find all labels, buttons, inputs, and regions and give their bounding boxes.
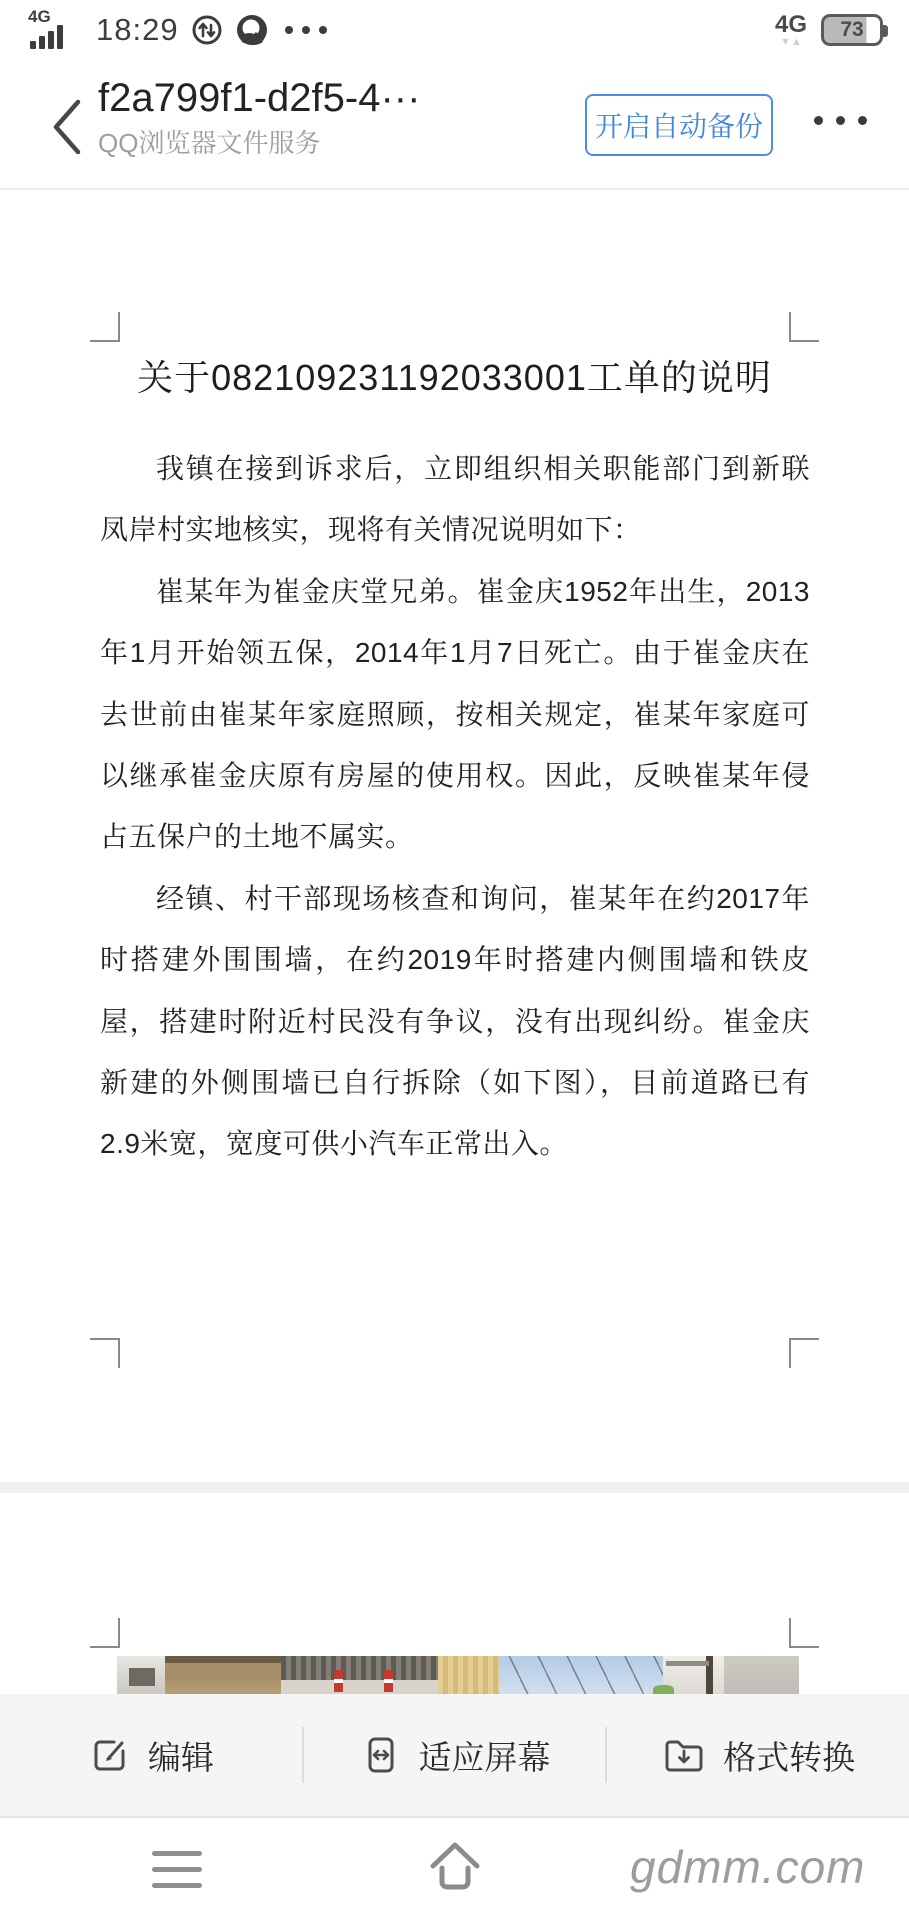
data-sync-icon — [191, 14, 223, 46]
document-title: 关于082109231192033001工单的说明 — [0, 350, 909, 401]
battery-percent: 73 — [840, 18, 863, 42]
doc-paragraph: 崔某年为崔金庆堂兄弟。崔金庆1952年出生，2013年1月开始领五保，2014年… — [100, 561, 810, 868]
document-viewer[interactable]: 关于082109231192033001工单的说明 我镇在接到诉求后，立即组织相… — [0, 192, 909, 1694]
embedded-photo-strip — [117, 1656, 799, 1694]
status-ellipsis-icon — [285, 26, 327, 34]
document-toolbar: 编辑 适应屏幕 格式转换 — [0, 1694, 909, 1816]
fit-screen-button[interactable]: 适应屏幕 — [304, 1694, 606, 1816]
app-header: f2a799f1-d2f5-4··· QQ浏览器文件服务 开启自动备份 — [0, 58, 909, 190]
format-convert-icon — [661, 1733, 707, 1777]
fit-screen-label: 适应屏幕 — [419, 1732, 551, 1779]
network-type-right: 4G ▼▲ — [771, 14, 811, 47]
file-service-subtitle: QQ浏览器文件服务 — [98, 126, 568, 160]
clock-time: 18:29 — [96, 12, 179, 48]
page-corner-mark — [90, 1338, 120, 1368]
more-menu-button[interactable] — [808, 110, 873, 131]
battery-icon: 73 — [821, 14, 883, 46]
format-convert-label: 格式转换 — [723, 1732, 855, 1779]
menu-button[interactable] — [152, 1844, 202, 1894]
status-bar: 4G 18:29 — [0, 0, 909, 58]
doc-paragraph: 经镇、村干部现场核查和询问，崔某年在约2017年时搭建外围围墙，在约2019年时… — [100, 868, 810, 1175]
edit-icon — [88, 1733, 132, 1777]
edit-label: 编辑 — [148, 1732, 214, 1779]
file-title: f2a799f1-d2f5-4··· — [98, 72, 568, 124]
page-corner-mark — [90, 312, 120, 342]
phone-screen: 4G 18:29 — [0, 0, 909, 1920]
fit-screen-icon — [359, 1733, 403, 1777]
page-corner-mark — [90, 1618, 120, 1648]
home-button[interactable] — [426, 1836, 484, 1900]
signal-strength-icon: 4G — [28, 9, 84, 51]
doc-paragraph: 我镇在接到诉求后，立即组织相关职能部门到新联凤岸村实地核实，现将有关情况说明如下… — [100, 438, 810, 561]
bottom-nav-bar: gdmm.com — [0, 1816, 909, 1920]
edit-button[interactable]: 编辑 — [0, 1694, 302, 1816]
back-button[interactable] — [44, 92, 90, 162]
page-corner-mark — [789, 1338, 819, 1368]
page-corner-mark — [789, 312, 819, 342]
site-watermark: gdmm.com — [630, 1840, 890, 1894]
qq-browser-icon — [235, 13, 269, 47]
page-corner-mark — [789, 1618, 819, 1648]
data-arrows-icon: ▼▲ — [771, 37, 811, 47]
document-body: 我镇在接到诉求后，立即组织相关职能部门到新联凤岸村实地核实，现将有关情况说明如下… — [100, 438, 810, 1175]
enable-auto-backup-button[interactable]: 开启自动备份 — [585, 94, 773, 156]
network-type-label: 4G — [28, 7, 51, 27]
page-separator — [0, 1482, 909, 1493]
format-convert-button[interactable]: 格式转换 — [607, 1694, 909, 1816]
